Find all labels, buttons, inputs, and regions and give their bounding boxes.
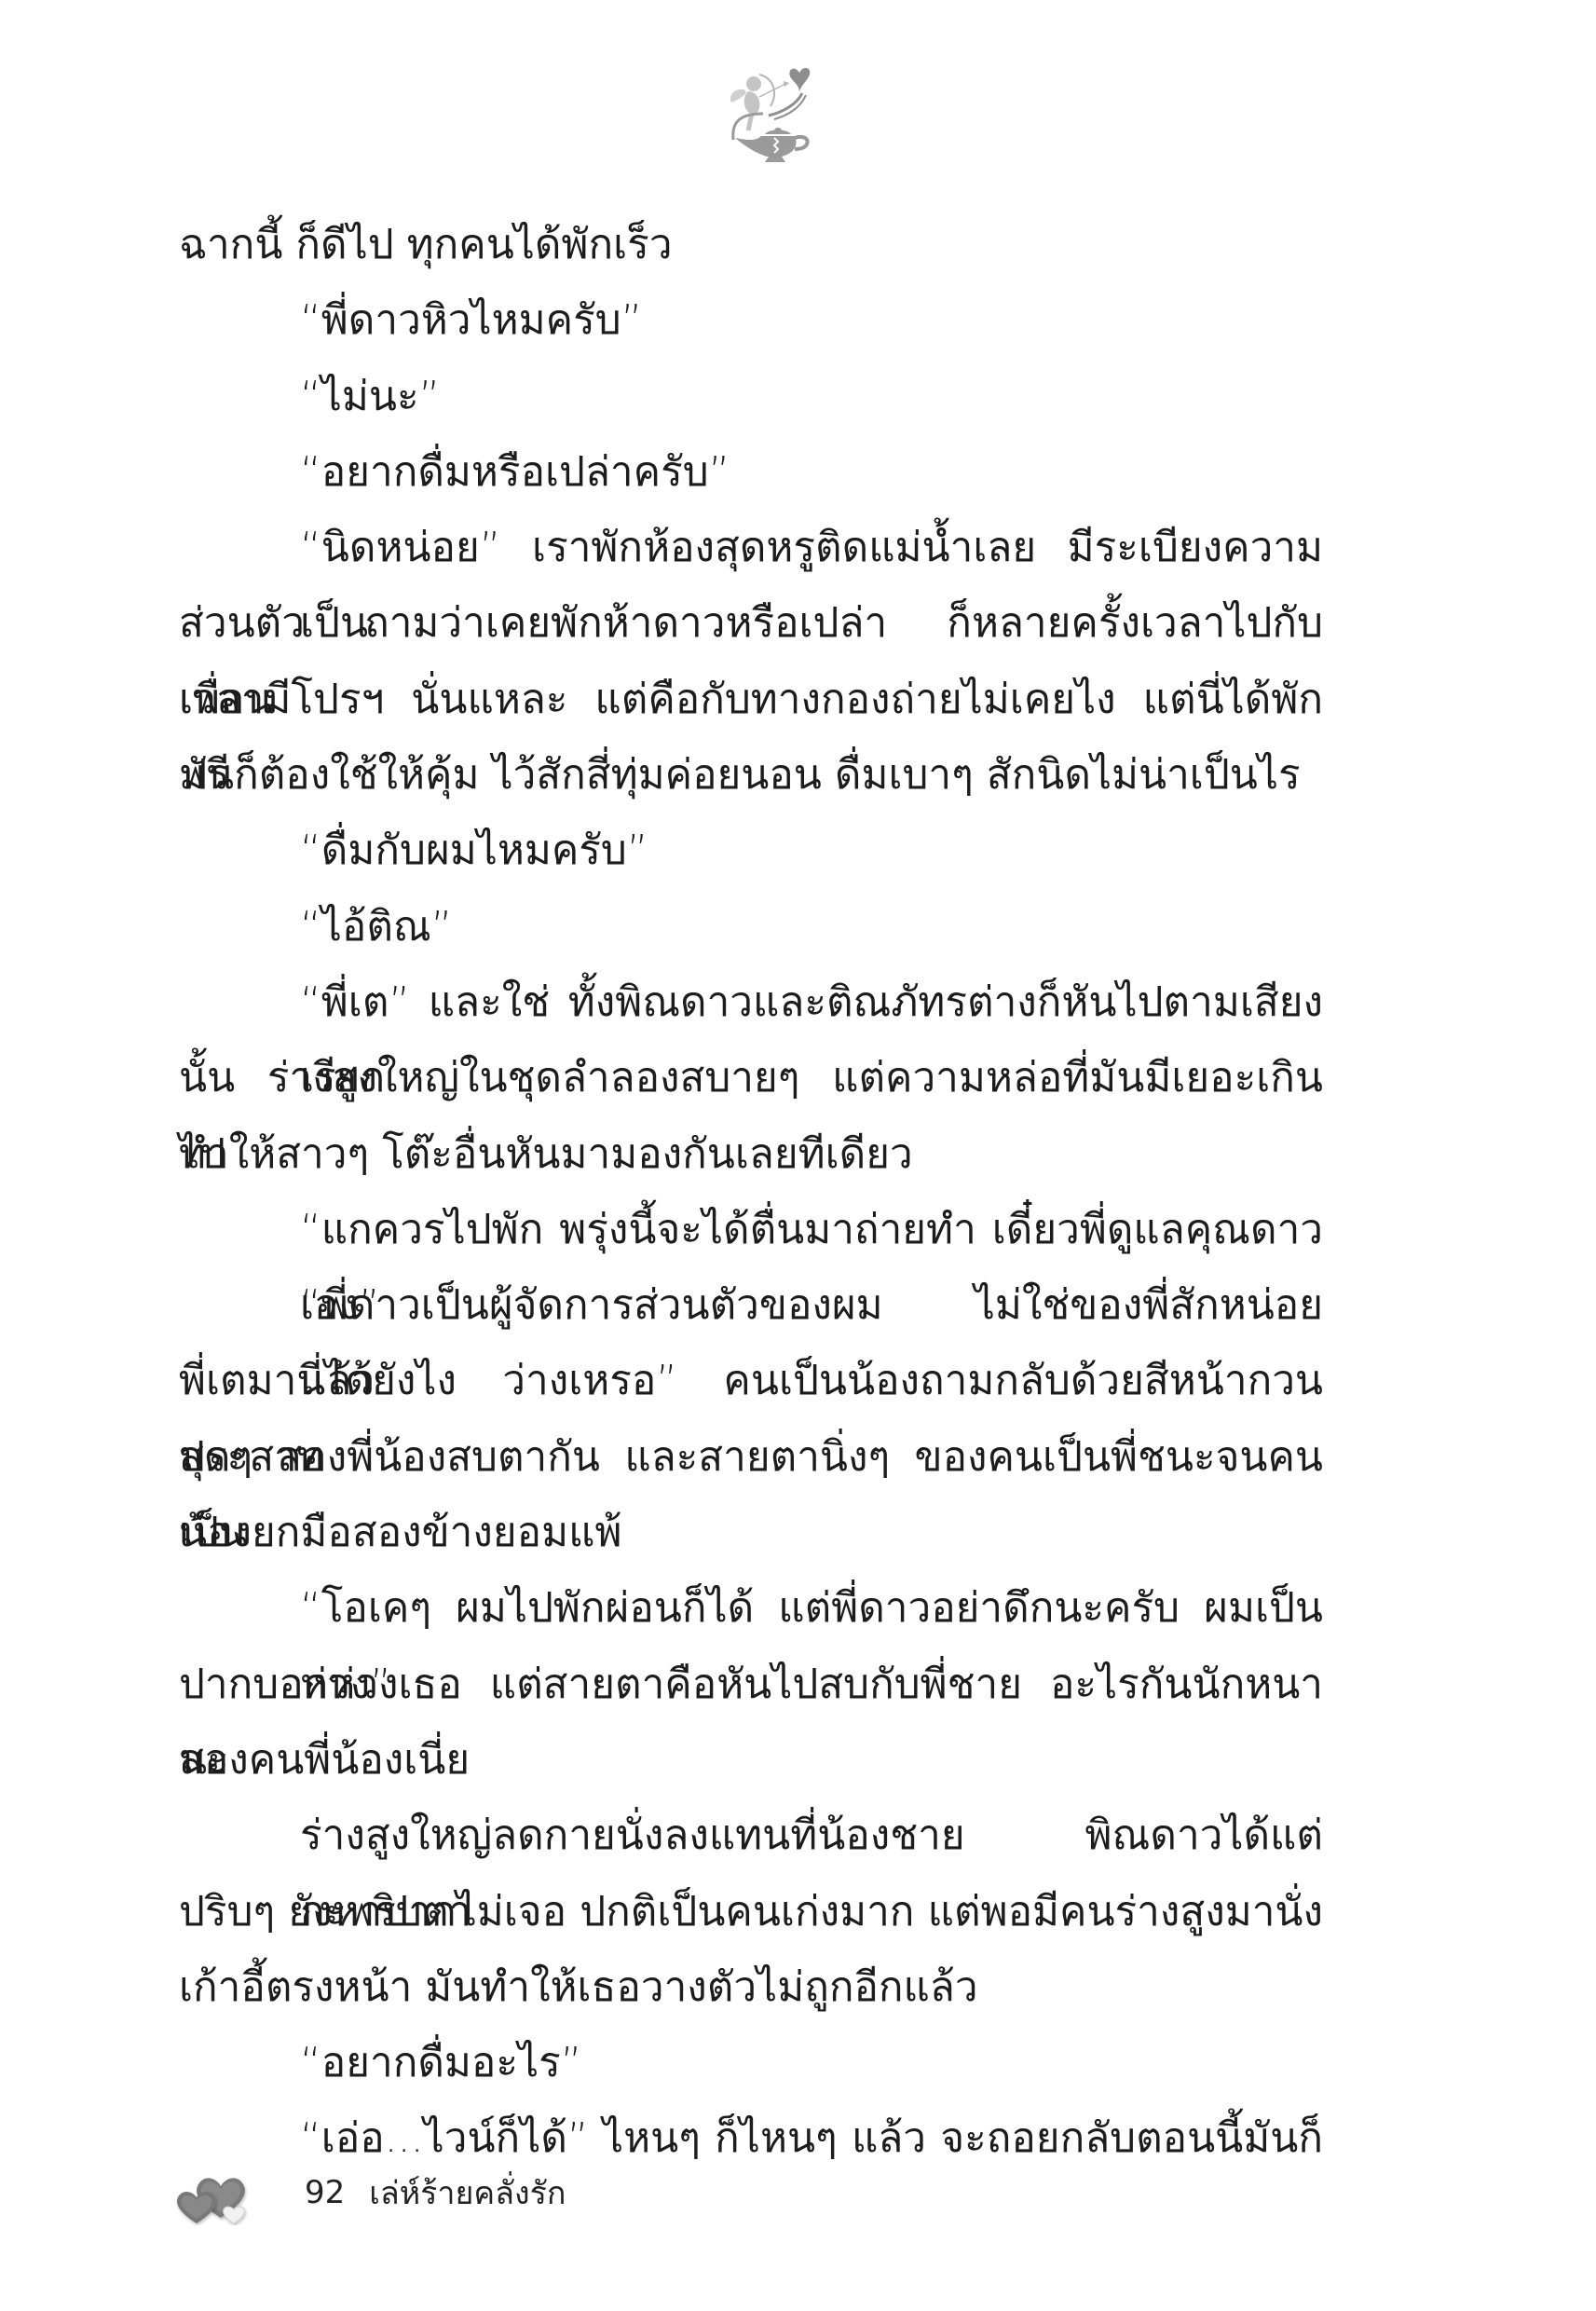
text-line: สุดๆ สองพี่น้องสบตากัน และสายตานิ่งๆ ของ… (179, 1419, 1323, 1495)
text-line: นั้น ร่างสูงใหญ่ในชุดลำลองสบายๆ แต่ความห… (179, 1040, 1323, 1115)
text-line: “ไอ้ติณ” (179, 889, 1323, 964)
text-line: ส่วนตัว ถามว่าเคยพักห้าดาวหรือเปล่า ก็หล… (179, 585, 1323, 661)
text-line: เวลามีโปรฯ นั่นแหละ แต่คือกับทางกองถ่ายไ… (179, 662, 1323, 737)
text-line: “โอเคๆ ผมไปพักผ่อนก็ได้ แต่พี่ดาวอย่าดึก… (179, 1570, 1323, 1646)
text-line: “ดื่มกับผมไหมครับ” (179, 813, 1323, 888)
text-line: “พี่ดาวหิวไหมครับ” (179, 282, 1323, 358)
text-line: พี่เตมานี่ได้ยังไง ว่างเหรอ” คนเป็นน้องถ… (179, 1343, 1323, 1418)
text-line: ปริบๆ ยังหาปากไม่เจอ ปกติเป็นคนเก่งมาก แ… (179, 1874, 1323, 1949)
body-text: ฉากนี้ ก็ดีไป ทุกคนได้พักเร็ว “พี่ดาวหิว… (179, 207, 1323, 2177)
hearts-icon (172, 2160, 256, 2225)
text-line: “แกควรไปพัก พรุ่งนี้จะได้ตื่นมาถ่ายทำ เด… (179, 1192, 1323, 1267)
book-title: เล่ห์ร้ายคลั่งรัก (369, 2167, 566, 2218)
text-line: “ไม่นะ” (179, 359, 1323, 434)
text-line: เก้าอี้ตรงหน้า มันทำให้เธอวางตัวไม่ถูกอี… (179, 1949, 1323, 2025)
text-line: “พี่เต” และใช่ ทั้งพิณดาวและติณภัทรต่างก… (179, 964, 1323, 1040)
text-line: “อยากดื่มอะไร” (179, 2025, 1323, 2100)
page-number: 92 (305, 2174, 345, 2211)
text-line: “อยากดื่มหรือเปล่าครับ” (179, 434, 1323, 510)
text-line: “นิดหน่อย” เราพักห้องสุดหรูติดแม่น้ำเลย … (179, 510, 1323, 585)
text-line: น้องยกมือสองข้างยอมแพ้ (179, 1495, 1323, 1570)
page-footer: 92 เล่ห์ร้ายคลั่งรัก (172, 2160, 566, 2225)
cupid-teapot-ornament-icon (694, 56, 829, 163)
text-line: มันก็ต้องใช้ให้คุ้ม ไว้สักสี่ทุ่มค่อยนอน… (179, 737, 1323, 813)
text-line: ฉากนี้ ก็ดีไป ทุกคนได้พักเร็ว (179, 207, 1323, 282)
text-line: สองคนพี่น้องเนี่ย (179, 1722, 1323, 1798)
text-line: “พี่ดาวเป็นผู้จัดการส่วนตัวของผม ไม่ใช่ข… (179, 1267, 1323, 1343)
text-line: ร่างสูงใหญ่ลดกายนั่งลงแทนที่น้องชาย พิณด… (179, 1798, 1323, 1873)
text-line: ปากบอกห่วงเธอ แต่สายตาคือหันไปสบกับพี่ชา… (179, 1647, 1323, 1722)
book-page: ฉากนี้ ก็ดีไป ทุกคนได้พักเร็ว “พี่ดาวหิว… (0, 0, 1596, 2311)
text-line: ทำให้สาวๆ โต๊ะอื่นหันมามองกันเลยทีเดียว (179, 1116, 1323, 1192)
